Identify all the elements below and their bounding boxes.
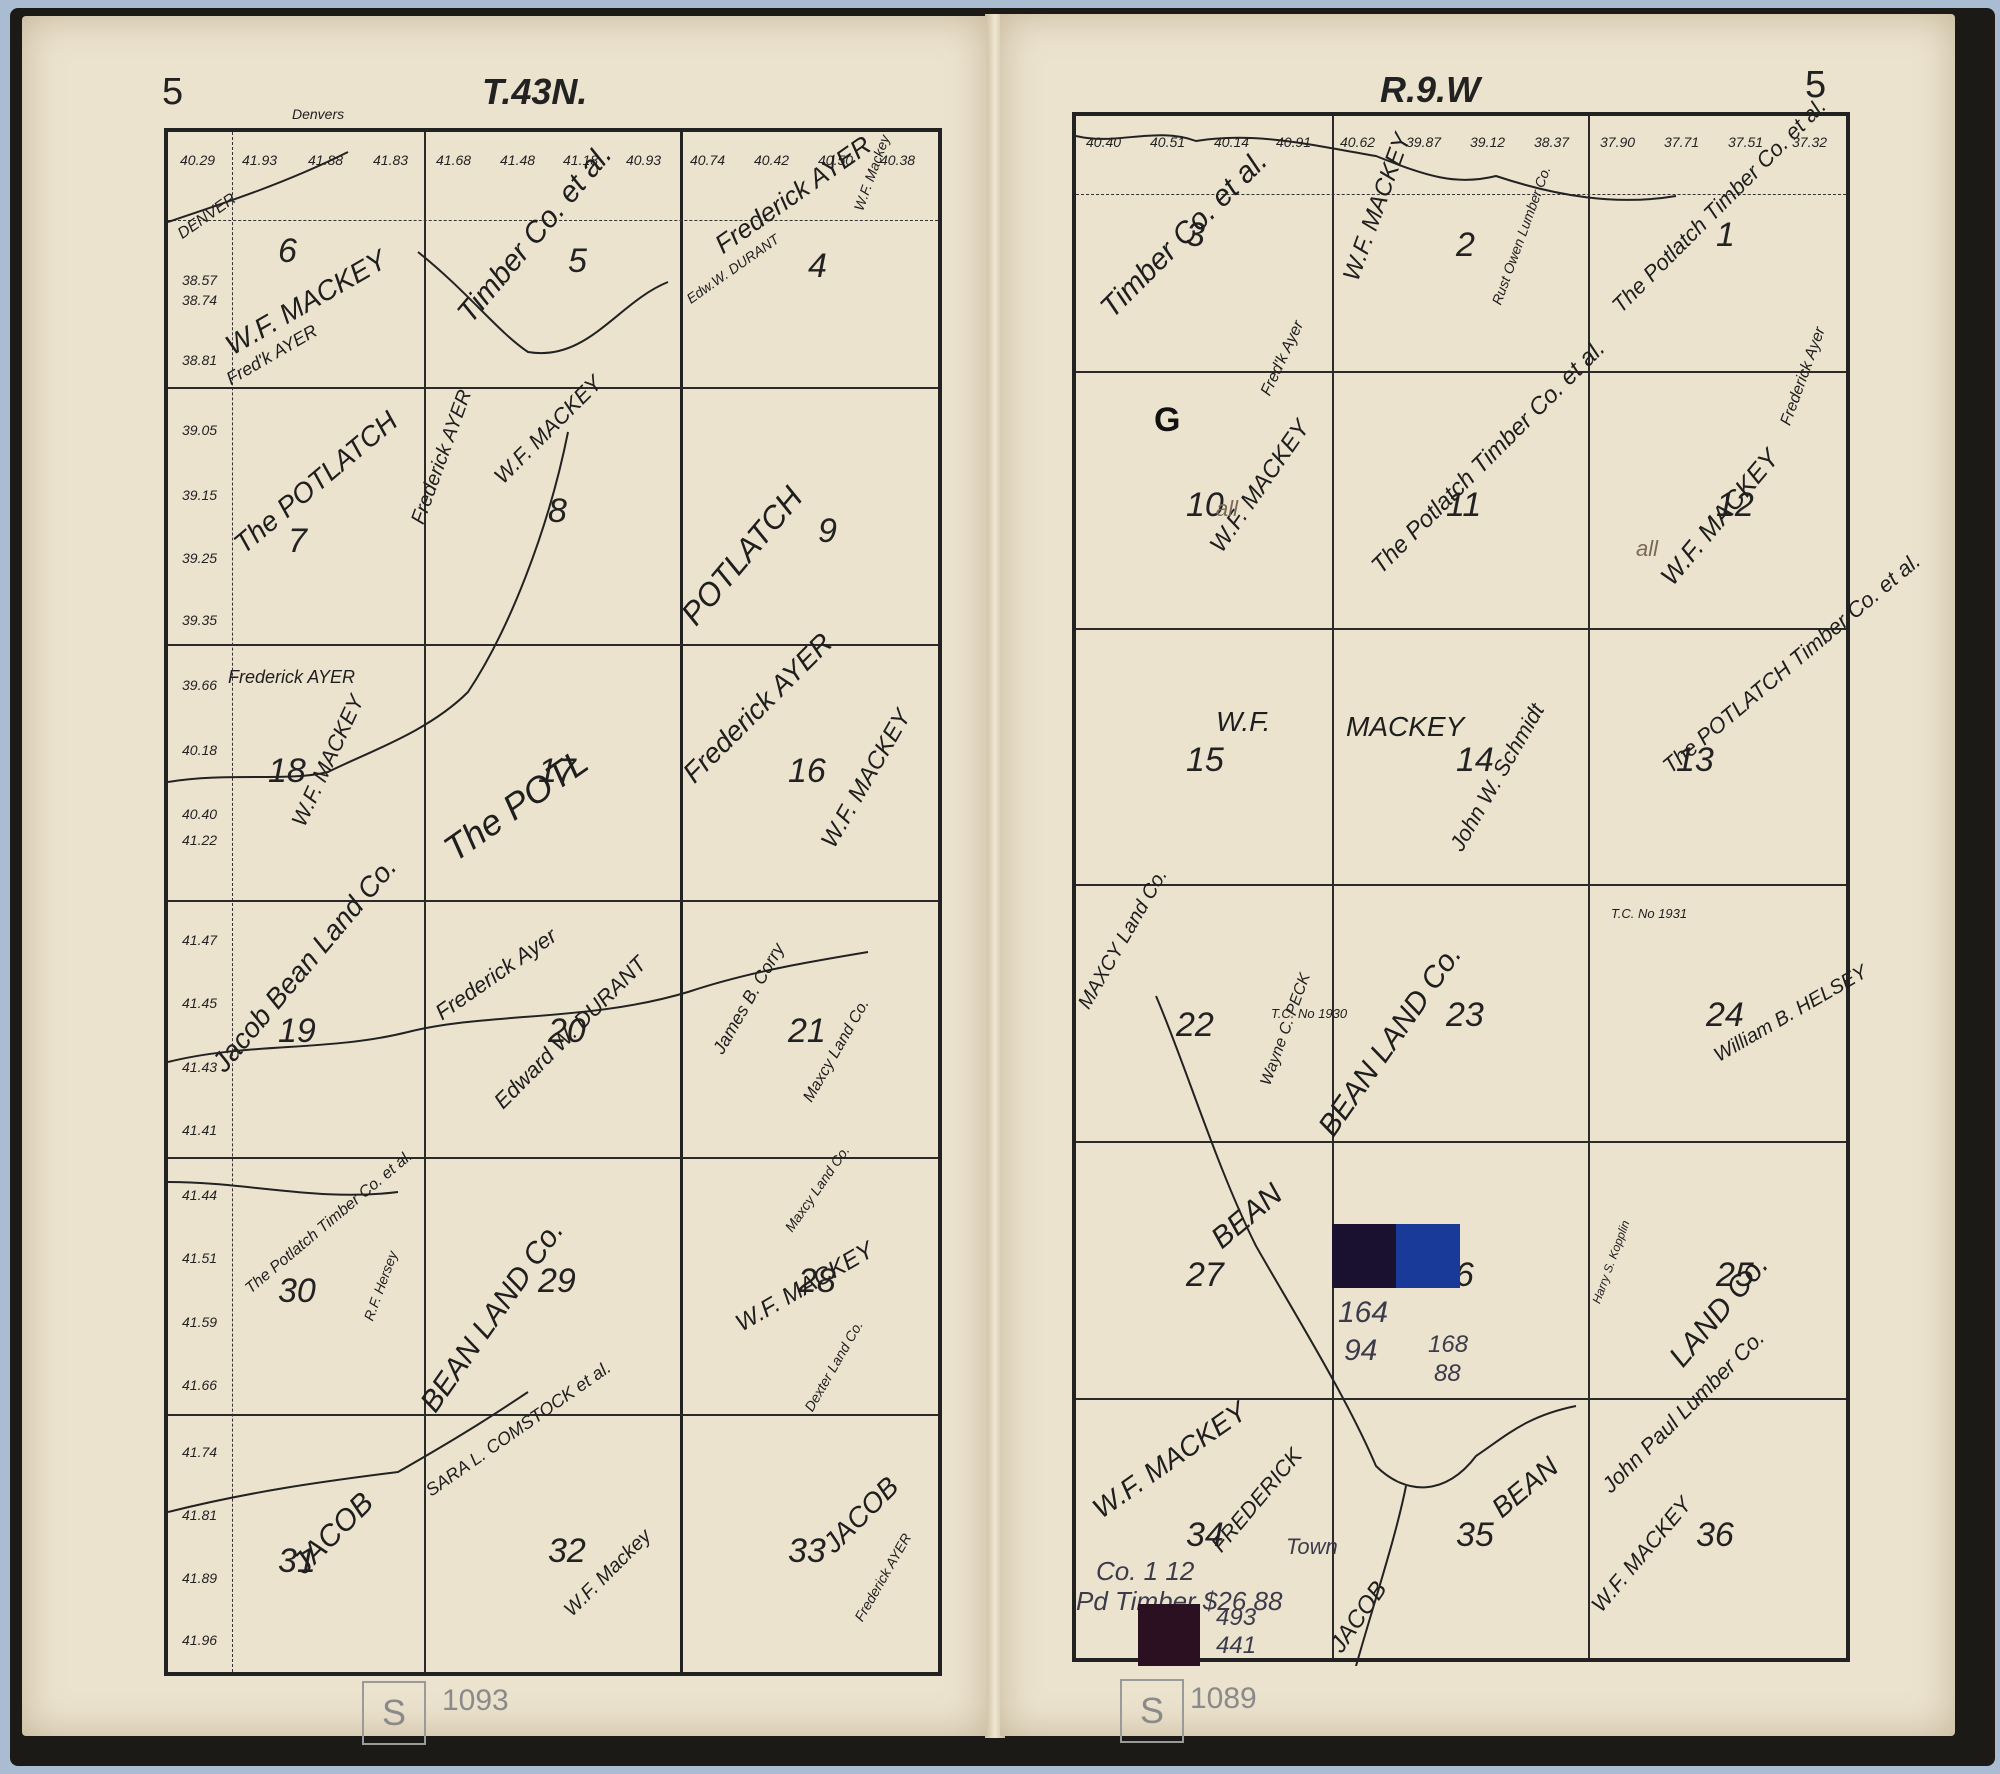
right-page: R.9.W 5 40.40 40.51 40.14 40.91 40.62 39… [1000,14,1955,1736]
range-map: 40.40 40.51 40.14 40.91 40.62 39.87 39.1… [1072,112,1850,1662]
township-map: 40.29 41.93 41.88 41.83 41.68 41.48 41.1… [164,128,942,1676]
township-label: T.43N. [482,71,587,113]
page-number: 5 [162,71,183,114]
river-line [168,132,946,1680]
pencil-number: 1093 [442,1684,509,1718]
pencil-stamp: S [1120,1679,1184,1743]
pencil-number: 1089 [1190,1682,1257,1716]
left-page: 5 T.43N. Denvers 40.29 41.93 41.88 41.83… [22,16,987,1736]
range-label: R.9.W [1380,69,1480,111]
pencil-stamp: S [362,1681,426,1745]
annotation-denvers: Denvers [292,106,344,122]
river-line [1076,116,1854,1666]
